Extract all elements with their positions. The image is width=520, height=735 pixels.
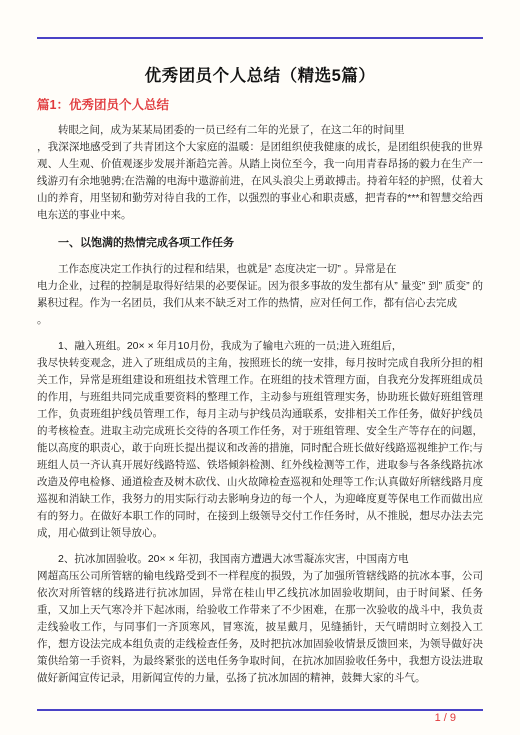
paragraph-work-attitude: 工作态度决定工作执行的过程和结果，也就是” 态度决定一切” 。异常是在 电力企业…: [37, 261, 483, 329]
paragraph-item-2-ice-reinforcement: 2、抗冰加固验收。20× × 年初，我国南方遭遇大冰雪凝冻灾害，中国南方电 网超…: [37, 551, 483, 687]
bottom-divider-rule: [37, 709, 483, 711]
article-1-heading: 篇1：优秀团员个人总结: [37, 97, 483, 113]
document-content: 优秀团员个人总结（精选5篇） 篇1：优秀团员个人总结 转眼之间，成为某某局团委的…: [37, 0, 483, 687]
section-subheading-1: 一、以饱满的热情完成各项工作任务: [37, 235, 483, 252]
page-number-indicator: 1 / 9: [435, 712, 456, 724]
document-page: 优秀团员个人总结（精选5篇） 篇1：优秀团员个人总结 转眼之间，成为某某局团委的…: [0, 0, 520, 735]
paragraph-intro: 转眼之间，成为某某局团委的一员已经有二年的光景了，在这二年的时间里 ，我深深地感…: [37, 122, 483, 224]
paragraph-item-1-join-team: 1、融入班组。20× × 年月10月份，我成为了输电六班的一员;进入班组后， 我…: [37, 338, 483, 542]
document-title: 优秀团员个人总结（精选5篇）: [37, 64, 483, 88]
